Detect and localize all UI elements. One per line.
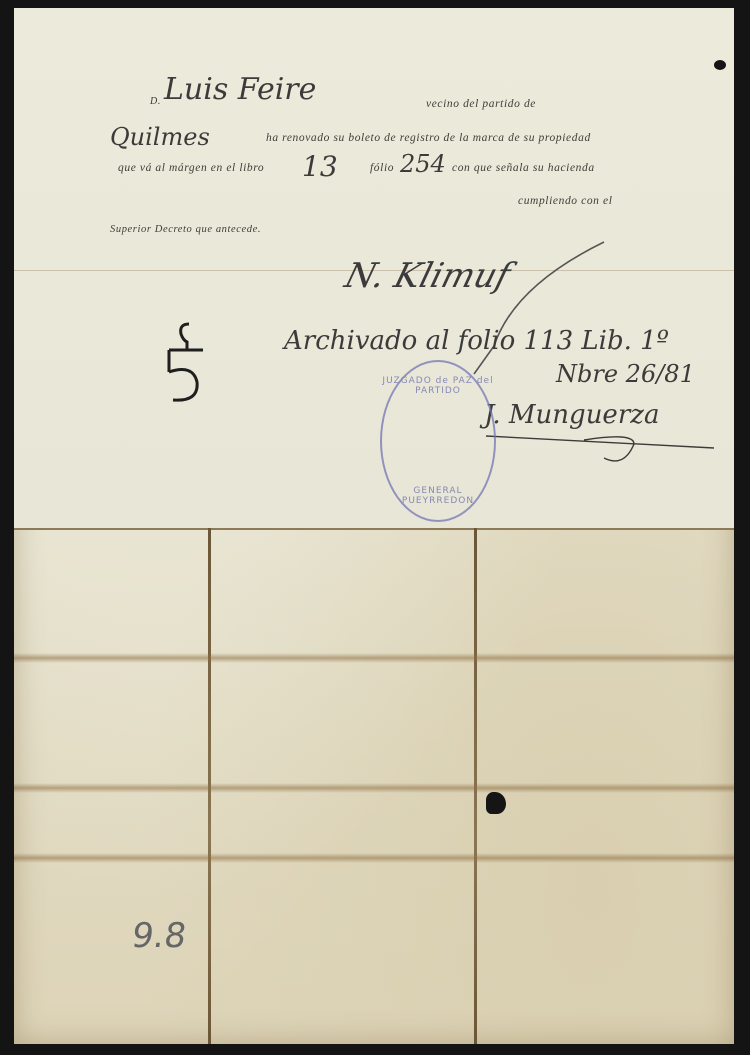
form-line5: Superior Decreto que antecede. — [110, 224, 261, 235]
paper-hole — [486, 792, 506, 814]
form-line3-libro: que vá al márgen en el libro — [118, 162, 264, 174]
pencil-note: 9.8 — [129, 916, 189, 956]
official-stamp: JUZGADO de PAZ del PARTIDO GENERAL PUEYR… — [380, 360, 496, 522]
form-line2: ha renovado su boleto de registro de la … — [266, 132, 591, 144]
fold-stain-1 — [14, 653, 734, 663]
form-line3-folio: fólio — [370, 162, 394, 174]
ink-blot — [714, 60, 726, 70]
fold-stain-2 — [14, 783, 734, 793]
handwritten-partido: Quilmes — [110, 123, 210, 151]
handwritten-folio: 254 — [400, 150, 446, 178]
brand-mark-icon — [159, 320, 209, 410]
document-paper: D. Luis Feire vecino del partido de Quil… — [14, 8, 734, 1044]
form-prefix: D. — [150, 96, 161, 107]
handwritten-libro: 13 — [302, 150, 338, 183]
fold-stain-3 — [14, 853, 734, 863]
handwritten-name: Luis Feire — [164, 72, 316, 107]
form-line1-suffix: vecino del partido de — [426, 98, 536, 110]
stamp-top-text: JUZGADO de PAZ del PARTIDO — [382, 376, 494, 396]
archive-note: Archivado al folio 113 Lib. 1º — [284, 326, 669, 356]
signature-archivist: J. Munguerza — [484, 400, 659, 430]
form-line4: cumpliendo con el — [518, 195, 613, 207]
archive-date: Nbre 26/81 — [556, 360, 695, 388]
form-line3-hacienda: con que señala su hacienda — [452, 162, 595, 174]
signature-underline — [484, 428, 724, 478]
stamp-bottom-text: GENERAL PUEYRREDON — [382, 486, 494, 506]
